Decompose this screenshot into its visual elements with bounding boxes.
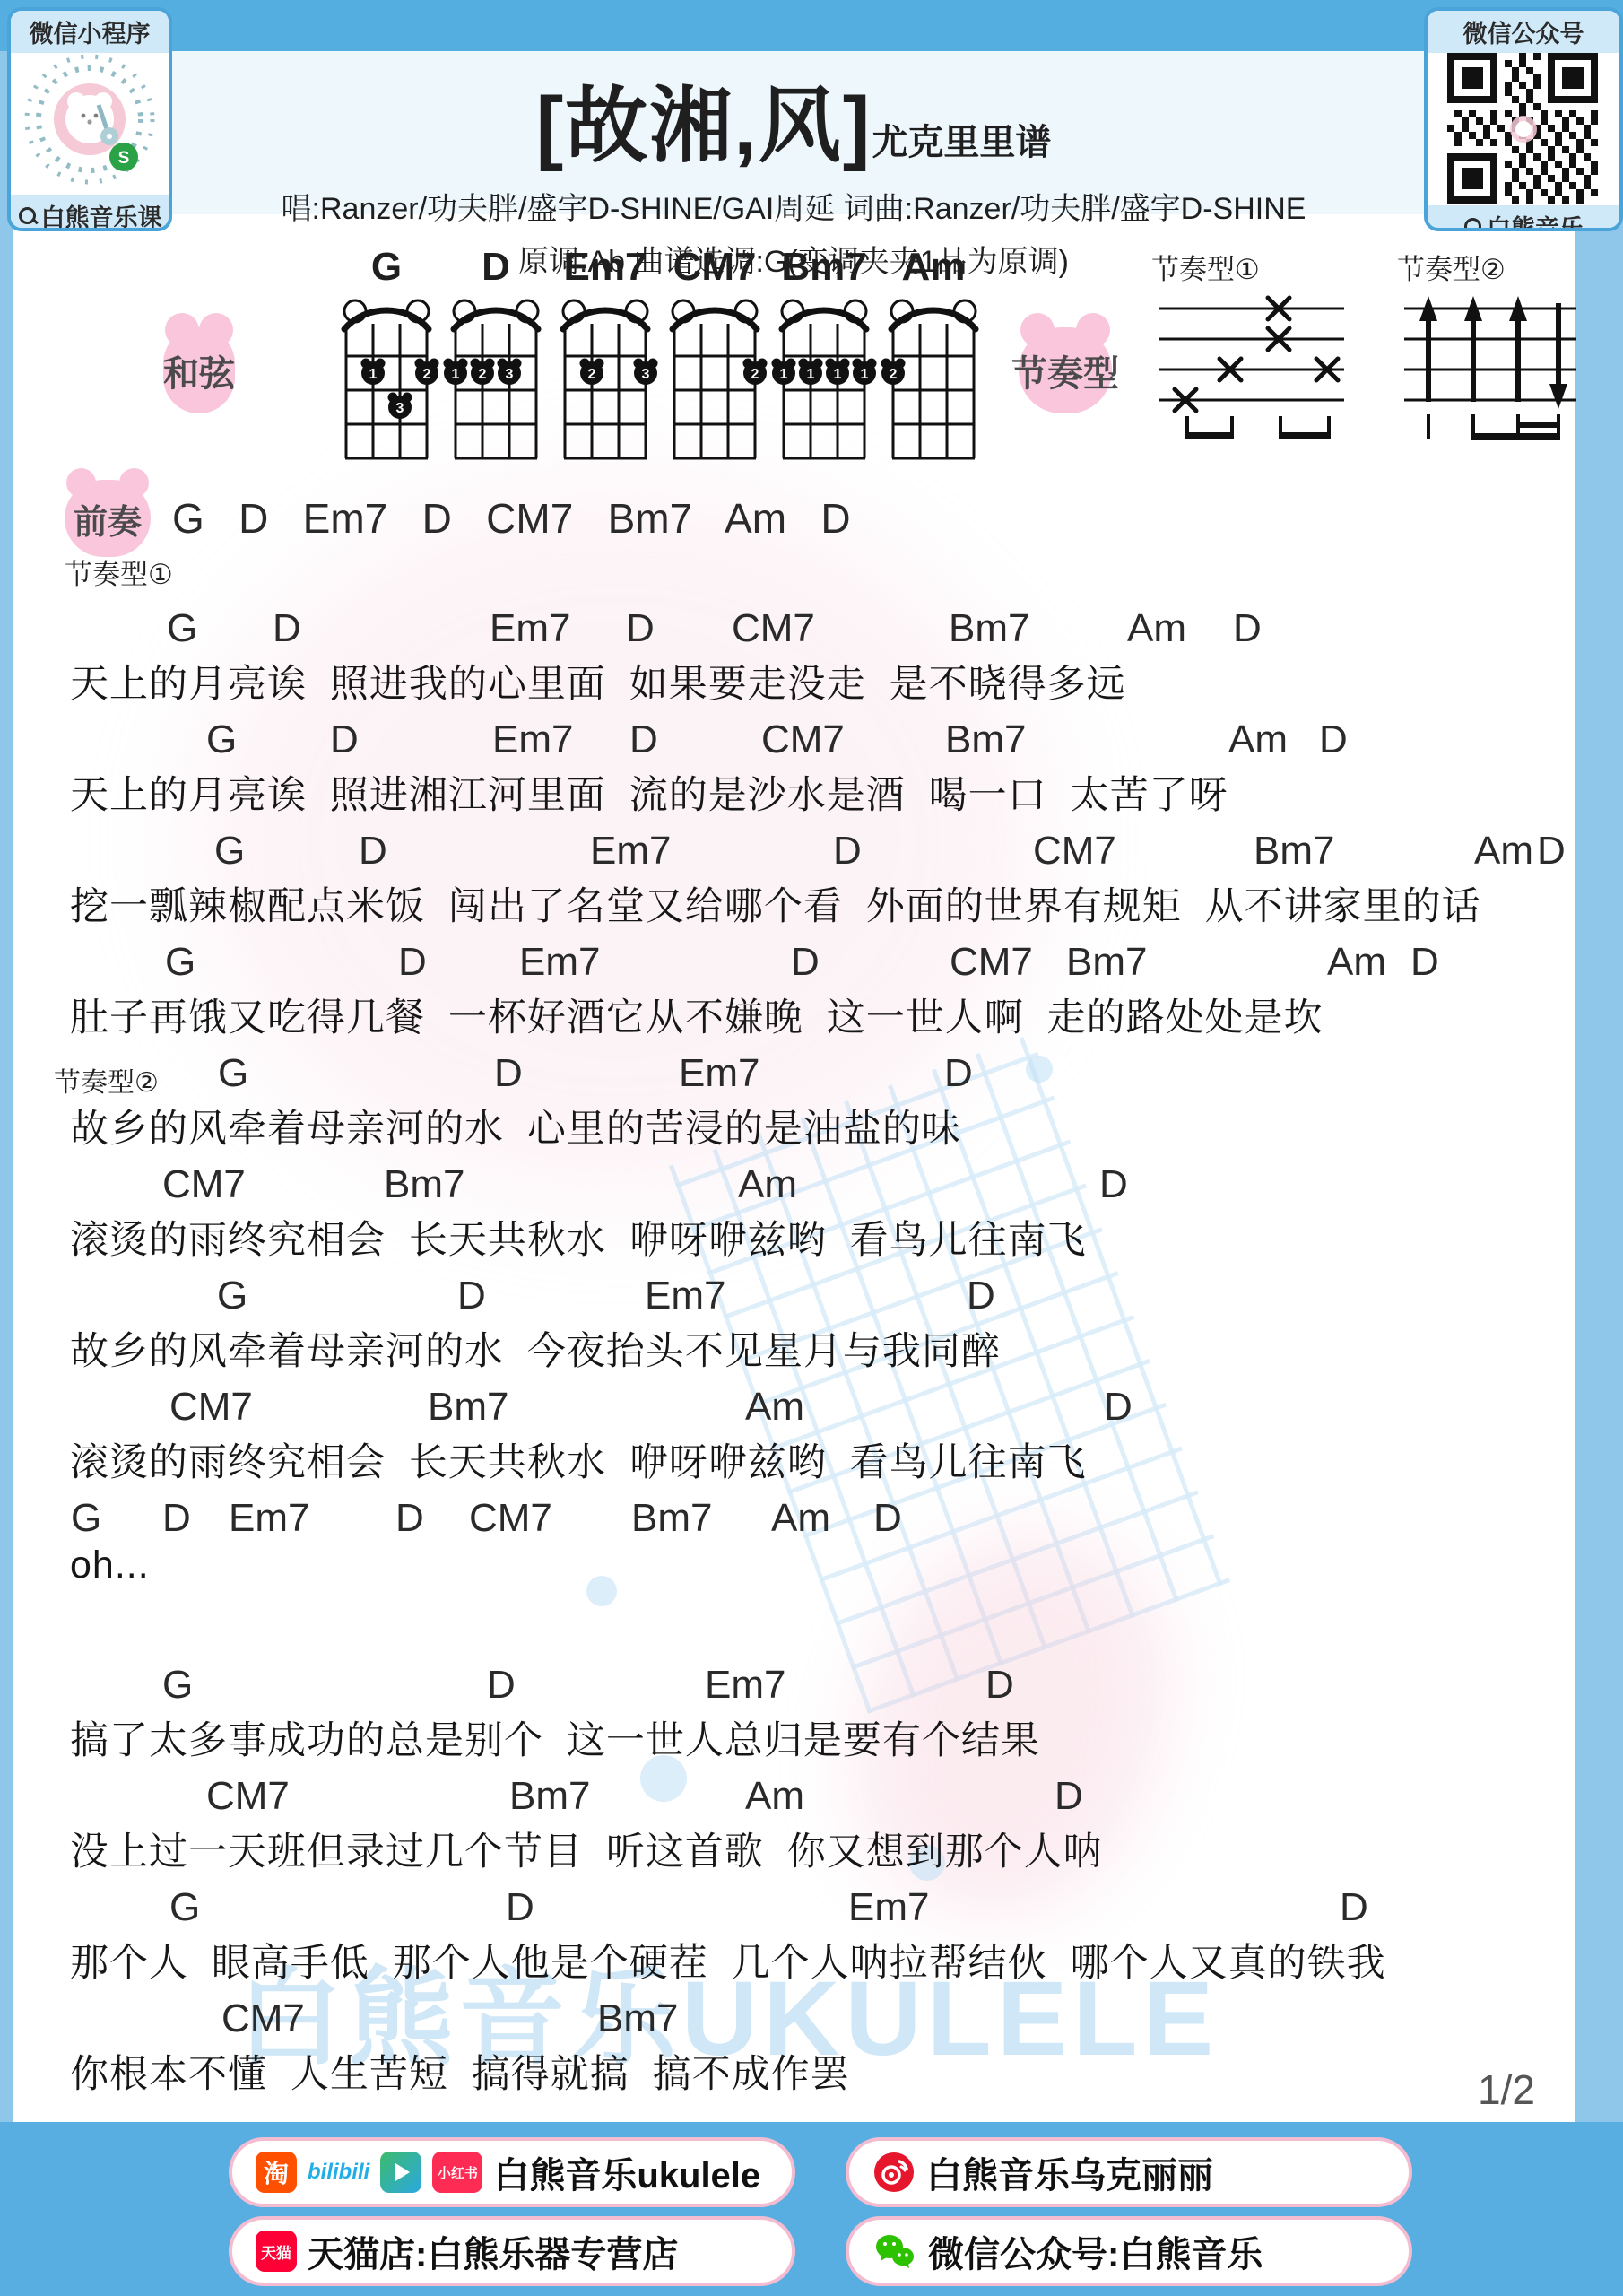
- chord-label: Am: [1127, 606, 1186, 651]
- qr-code-icon: [1447, 53, 1600, 205]
- chord-label: D: [1233, 606, 1262, 651]
- chord-label: D: [873, 1496, 902, 1541]
- chord-label: D: [1055, 1774, 1083, 1819]
- chord-name: G: [371, 243, 402, 291]
- chord-name: Em7: [564, 243, 647, 291]
- chord-label: CM7: [469, 1496, 552, 1541]
- svg-text:2: 2: [588, 367, 596, 382]
- rhythm-pattern-1-icon: [1151, 289, 1358, 446]
- chord-label: Am: [1474, 829, 1533, 874]
- chord-label: D: [395, 1496, 424, 1541]
- rhythm-label-badge: 节奏型: [1019, 327, 1112, 413]
- footer-pill-shops: 淘bilibili小红书白熊音乐ukulele: [229, 2137, 795, 2207]
- chord-label: D: [967, 1274, 995, 1318]
- svg-text:2: 2: [423, 367, 431, 382]
- chord-label: G: [71, 1496, 101, 1541]
- chord-label: Em7: [679, 1051, 759, 1096]
- chord-label: Am: [745, 1385, 804, 1430]
- lyric-line: 滚烫的雨终究相会 长天共秋水 咿呀咿兹哟 看鸟儿往南飞: [70, 1210, 1087, 1265]
- chord-grid-icon: 123: [443, 291, 549, 467]
- chord-label: Em7: [492, 717, 573, 762]
- chord-label: Bm7: [631, 1496, 712, 1541]
- lyric-line: 故乡的风牵着母亲河的水 今夜抬头不见星月与我同醉: [70, 1321, 1001, 1376]
- weibo-icon: [872, 2151, 916, 2194]
- chord-label: CM7: [206, 1774, 290, 1819]
- chord-label: Em7: [645, 1274, 725, 1318]
- lyric-line: 天上的月亮诶 照进我的心里面 如果要走没走 是不晓得多远: [70, 654, 1126, 709]
- lyric-line: 挖一瓢辣椒配点米饭 闯出了名堂又给哪个看 外面的世界有规矩 从不讲家里的话: [70, 876, 1481, 931]
- chord-label: D: [1410, 940, 1439, 985]
- chord-grid-icon: 2: [662, 291, 768, 467]
- rhythm-pattern-1: 节奏型①: [1151, 247, 1358, 450]
- svg-text:1: 1: [780, 367, 788, 382]
- chord-label: D: [506, 1885, 534, 1930]
- chord-label: Bm7: [597, 1996, 678, 2041]
- svg-text:1: 1: [834, 367, 842, 382]
- chord-label: D: [985, 1663, 1014, 1708]
- svg-text:1: 1: [369, 367, 378, 382]
- chord-label: D: [944, 1051, 973, 1096]
- svg-text:3: 3: [642, 367, 650, 382]
- score-line: GDEm7D故乡的风牵着母亲河的水 今夜抬头不见星月与我同醉: [13, 1274, 1575, 1385]
- chord-diagram-Em7: Em723: [552, 243, 658, 467]
- chord-label: Em7: [229, 1496, 309, 1541]
- footer: 淘bilibili小红书白熊音乐ukulele 白熊音乐乌克丽丽 天猫天猫店:白…: [0, 2122, 1623, 2296]
- score-line: CM7Bm7AmD没上过一天班但录过几个节目 听这首歌 你又想到那个人呐: [13, 1774, 1575, 1885]
- lyric-line: 那个人 眼高手低 那个人他是个硬茬 几个人呐拉帮结伙 哪个人又真的铁我: [70, 1933, 1386, 1987]
- official-account-badge-caption: 白熊音乐: [1487, 209, 1584, 231]
- chord-label: D: [833, 829, 862, 874]
- score-line: GDEm7D搞了太多事成功的总是别个 这一世人总归是要有个结果: [13, 1663, 1575, 1774]
- chord-label: CM7: [162, 1162, 246, 1207]
- chord-label: D: [398, 940, 427, 985]
- score-line: GDEm7DCM7Bm7AmD天上的月亮诶 照进我的心里面 如果要走没走 是不晓…: [13, 606, 1575, 717]
- chord-label: CM7: [169, 1385, 253, 1430]
- svg-text:2: 2: [751, 367, 759, 382]
- svg-text:S: S: [118, 149, 130, 168]
- page-frame: 白熊音乐UKULELE [故湘,风]尤克里里谱 唱:Ranzer/功夫胖/盛宇D…: [0, 0, 1623, 2296]
- chord-label: CM7: [761, 717, 845, 762]
- score-line: GDEm7DCM7Bm7AmD天上的月亮诶 照进湘江河里面 流的是沙水是酒 喝一…: [13, 717, 1575, 829]
- chord-diagram-Bm7: Bm71111: [771, 243, 877, 467]
- rhythm-pattern-tag: 节奏型②: [54, 1060, 159, 1100]
- footer-pill-text: 天猫店:白熊乐器专营店: [308, 2226, 678, 2277]
- chord-label: Am: [771, 1496, 830, 1541]
- chord-diagrams: G123D123Em723CM72Bm71111Am2: [330, 230, 986, 467]
- chord-label: G: [218, 1051, 248, 1096]
- chord-label: G: [162, 1663, 193, 1708]
- play-icon: [380, 2152, 421, 2193]
- chord-label: Em7: [705, 1663, 785, 1708]
- official-account-badge-title: 微信公众号: [1428, 11, 1619, 53]
- intro-row: 前奏 G D Em7 D CM7 Bm7 Am D: [65, 480, 1575, 557]
- svg-text:2: 2: [479, 367, 487, 382]
- miniprogram-badge-caption: 白熊音乐课: [41, 198, 162, 231]
- lyric-line: 滚烫的雨终究相会 长天共秋水 咿呀咿兹哟 看鸟儿往南飞: [70, 1432, 1087, 1487]
- song-title: [故湘,风]: [536, 81, 872, 172]
- chord-label: Em7: [848, 1885, 929, 1930]
- footer-pill-weibo: 白熊音乐乌克丽丽: [846, 2137, 1412, 2207]
- chord-label: CM7: [221, 1996, 305, 2041]
- top-strip: [0, 0, 1623, 51]
- rhythm-pattern-2-icon: [1397, 289, 1585, 446]
- chord-label: D: [626, 606, 655, 651]
- svg-text:3: 3: [396, 401, 404, 416]
- chord-label: D: [494, 1051, 523, 1096]
- search-icon: [1463, 217, 1483, 232]
- chord-label: D: [273, 606, 301, 651]
- score-line: GDEm7DCM7Bm7AmD肚子再饿又吃得几餐 一杯好酒它从不嫌晚 这一世人啊…: [13, 940, 1575, 1051]
- score-line: GDEm7D那个人 眼高手低 那个人他是个硬茬 几个人呐拉帮结伙 哪个人又真的铁…: [13, 1885, 1575, 1996]
- xiaohongshu-icon: 小红书: [432, 2152, 482, 2193]
- lyric-line: 肚子再饿又吃得几餐 一杯好酒它从不嫌晚 这一世人啊 走的路处处是坎: [70, 987, 1324, 1042]
- chord-label: G: [167, 606, 197, 651]
- score-lines: GDEm7DCM7Bm7AmD天上的月亮诶 照进我的心里面 如果要走没走 是不晓…: [13, 606, 1575, 2108]
- search-icon: [18, 206, 38, 226]
- chord-label: D: [457, 1274, 486, 1318]
- chord-label: CM7: [1033, 829, 1116, 874]
- chord-label: Am: [745, 1774, 804, 1819]
- chord-label: G: [214, 829, 245, 874]
- rhythm-pattern-2-label: 节奏型②: [1397, 247, 1585, 287]
- chord-label: Am: [1327, 940, 1386, 985]
- wechat-icon: [872, 2231, 917, 2272]
- score-line: GDEm7DCM7Bm7AmD挖一瓢辣椒配点米饭 闯出了名堂又给哪个看 外面的世…: [13, 829, 1575, 940]
- score-line: GDEm7DCM7Bm7AmDoh...: [13, 1496, 1575, 1607]
- chord-label: D: [1537, 829, 1566, 874]
- bilibili-icon: bilibili: [308, 2160, 369, 2185]
- miniprogram-badge: 微信小程序 S 白熊音乐课: [7, 7, 172, 231]
- chord-label: Bm7: [1066, 940, 1147, 985]
- chord-grid-icon: 123: [334, 291, 439, 467]
- chord-label: D: [1340, 1885, 1368, 1930]
- miniprogram-code: S: [11, 53, 169, 195]
- chord-label: Am: [1228, 717, 1288, 762]
- intro-badge: 前奏: [65, 480, 151, 557]
- footer-pill-text: 微信公众号:白熊音乐: [928, 2226, 1263, 2277]
- page-number: 1/2: [1478, 2066, 1535, 2114]
- svg-text:1: 1: [807, 367, 815, 382]
- chord-label: Bm7: [509, 1774, 590, 1819]
- chord-grid-icon: 2: [881, 291, 986, 467]
- chord-diagram-D: D123: [443, 243, 549, 467]
- chord-grid-icon: 1111: [771, 291, 877, 467]
- miniprogram-badge-title: 微信小程序: [11, 11, 169, 53]
- chord-grid-icon: 23: [552, 291, 658, 467]
- taobao-icon: 淘: [256, 2152, 297, 2193]
- header: [故湘,风]尤克里里谱 唱:Ranzer/功夫胖/盛宇D-SHINE/GAI周延…: [13, 51, 1575, 214]
- chords-label-badge: 和弦: [163, 327, 235, 413]
- chord-label: D: [1319, 717, 1348, 762]
- lyric-line: 天上的月亮诶 照进湘江河里面 流的是沙水是酒 喝一口 太苦了呀: [70, 765, 1228, 820]
- chord-diagram-Am: Am2: [881, 243, 986, 467]
- chord-label: Am: [738, 1162, 797, 1207]
- lyric-line: 你根本不懂 人生苦短 搞得就搞 搞不成作罢: [70, 2044, 850, 2099]
- chord-label: D: [629, 717, 658, 762]
- chord-diagram-CM7: CM72: [662, 243, 768, 467]
- chord-label: Bm7: [428, 1385, 508, 1430]
- chord-label: G: [165, 940, 195, 985]
- chord-label: D: [162, 1496, 191, 1541]
- tmall-icon: 天猫: [256, 2231, 297, 2272]
- score-line: CM7Bm7AmD滚烫的雨终究相会 长天共秋水 咿呀咿兹哟 看鸟儿往南飞: [13, 1385, 1575, 1496]
- chord-label: Em7: [490, 606, 570, 651]
- score-line: 节奏型②GDEm7D故乡的风牵着母亲河的水 心里的苦浸的是油盐的味: [13, 1051, 1575, 1162]
- chord-label: G: [206, 717, 237, 762]
- intro-pattern-note: 节奏型①: [65, 552, 1575, 592]
- footer-pill-tmall: 天猫天猫店:白熊乐器专营店: [229, 2216, 795, 2286]
- svg-text:2: 2: [890, 367, 898, 382]
- intro-chords: G D Em7 D CM7 Bm7 Am D: [172, 494, 851, 543]
- miniprogram-code-icon: S: [22, 53, 158, 195]
- score-sheet: 白熊音乐UKULELE [故湘,风]尤克里里谱 唱:Ranzer/功夫胖/盛宇D…: [13, 51, 1575, 2122]
- chord-label: D: [330, 717, 359, 762]
- chord-name: D: [482, 243, 510, 291]
- lyric-line: 故乡的风牵着母亲河的水 心里的苦浸的是油盐的味: [70, 1099, 961, 1153]
- chord-label: Bm7: [1254, 829, 1334, 874]
- lyric-line: 没上过一天班但录过几个节目 听这首歌 你又想到那个人呐: [70, 1822, 1103, 1876]
- chord-label: D: [1104, 1385, 1133, 1430]
- chord-label: D: [359, 829, 387, 874]
- svg-text:1: 1: [452, 367, 460, 382]
- chord-label: D: [1099, 1162, 1128, 1207]
- chord-name: Bm7: [781, 243, 866, 291]
- chord-name: CM7: [673, 243, 757, 291]
- chord-label: CM7: [950, 940, 1033, 985]
- chord-label: CM7: [732, 606, 815, 651]
- chord-label: Em7: [519, 940, 600, 985]
- footer-pill-text: 白熊音乐乌克丽丽: [926, 2147, 1213, 2198]
- svg-text:3: 3: [506, 367, 514, 382]
- rhythm-pattern-1-label: 节奏型①: [1151, 247, 1358, 287]
- chord-label: G: [217, 1274, 247, 1318]
- footer-pill-text: 白熊音乐ukulele: [493, 2147, 760, 2198]
- chord-label: Bm7: [949, 606, 1029, 651]
- official-account-badge: 微信公众号 白熊音乐: [1424, 7, 1623, 231]
- qr-code: [1428, 53, 1619, 205]
- title-suffix: 尤克里里谱: [872, 123, 1051, 162]
- score-line: CM7Bm7AmD滚烫的雨终究相会 长天共秋水 咿呀咿兹哟 看鸟儿往南飞: [13, 1162, 1575, 1274]
- rhythm-pattern-2: 节奏型②: [1397, 247, 1585, 450]
- chord-name: Am: [902, 243, 966, 291]
- chord-label: Bm7: [384, 1162, 464, 1207]
- chord-label: G: [169, 1885, 200, 1930]
- lyric-line: oh...: [70, 1544, 150, 1587]
- lyric-line: 搞了太多事成功的总是别个 这一世人总归是要有个结果: [70, 1710, 1040, 1765]
- chords-section: 和弦 G123D123Em723CM72Bm71111Am2 节奏型 节奏型①: [13, 230, 1575, 467]
- chord-diagram-G: G123: [334, 243, 439, 467]
- chord-label: D: [791, 940, 820, 985]
- footer-pill-wechat: 微信公众号:白熊音乐: [846, 2216, 1412, 2286]
- svg-text:1: 1: [861, 367, 869, 382]
- chord-label: Bm7: [945, 717, 1026, 762]
- score-line: CM7Bm7你根本不懂 人生苦短 搞得就搞 搞不成作罢: [13, 1996, 1575, 2108]
- credits-line: 唱:Ranzer/功夫胖/盛宇D-SHINE/GAI周延 词曲:Ranzer/功…: [13, 184, 1575, 228]
- chord-label: D: [487, 1663, 516, 1708]
- chord-label: Em7: [590, 829, 671, 874]
